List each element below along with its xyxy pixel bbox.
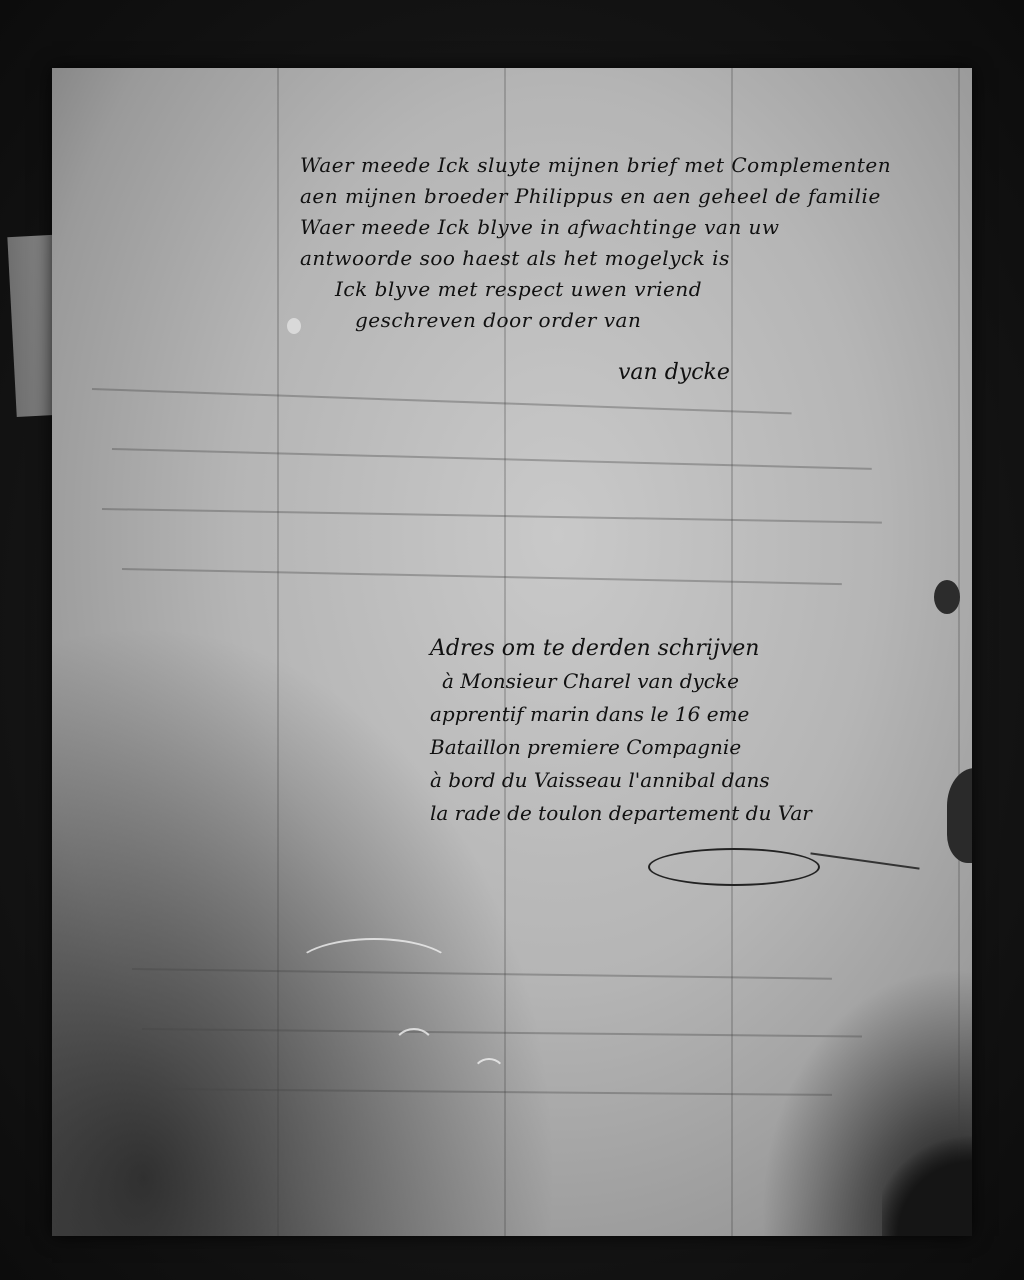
letter-line: aen mijnen broeder Philippus en aen gehe… xyxy=(300,181,950,212)
signature: van dycke xyxy=(618,360,730,385)
letter-line: Waer meede Ick blyve in afwachtinge van … xyxy=(300,212,950,243)
address-line: apprentif marin dans le 16 eme xyxy=(430,698,960,731)
bleed-through-text xyxy=(142,1028,862,1038)
film-speck xyxy=(287,318,301,334)
paper-damage-hole xyxy=(934,580,960,614)
address-block: Adres om te derden schrijven à Monsieur … xyxy=(430,632,960,830)
film-scratch xyxy=(392,1028,436,1072)
bleed-through-text xyxy=(132,968,832,980)
paper-damage-corner xyxy=(882,1136,972,1236)
address-line: Adres om te derden schrijven xyxy=(430,632,960,665)
bleed-through-text xyxy=(112,448,872,470)
letter-line: geschreven door order van xyxy=(300,305,950,336)
address-line: Bataillon premiere Compagnie xyxy=(430,731,960,764)
address-line: à bord du Vaisseau l'annibal dans xyxy=(430,764,960,797)
address-line: la rade de toulon departement du Var xyxy=(430,797,960,830)
letter-line: antwoorde soo haest als het mogelyck is xyxy=(300,243,950,274)
film-scratch xyxy=(292,938,456,1002)
address-line: à Monsieur Charel van dycke xyxy=(430,665,960,698)
letter-line: Waer meede Ick sluyte mijnen brief met C… xyxy=(300,150,950,181)
signature-flourish xyxy=(648,848,820,886)
bleed-through-text xyxy=(92,388,792,414)
letter-line: Ick blyve met respect uwen vriend xyxy=(300,274,950,305)
bleed-through-text xyxy=(122,568,842,585)
letter-body: Waer meede Ick sluyte mijnen brief met C… xyxy=(300,150,950,336)
bleed-through-text xyxy=(102,508,882,524)
film-scratch xyxy=(472,1058,506,1092)
